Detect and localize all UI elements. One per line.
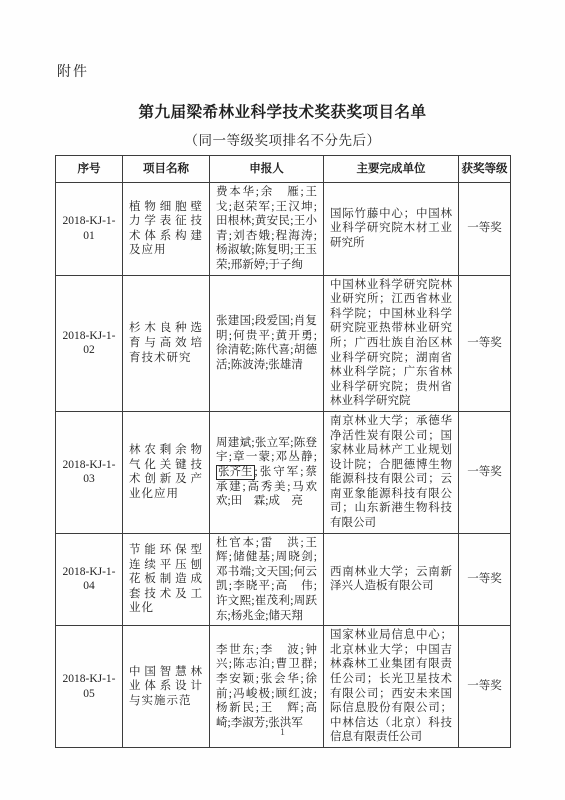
document-title: 第九届梁希林业科学技术奖获奖项目名单 (0, 100, 565, 122)
header-cell-applicants: 申报人 (210, 156, 324, 183)
document-subtitle: （同一等级奖项排名不分先后） (0, 129, 565, 149)
table-row: 2018-KJ-1-04 节能环保型连续平压刨花板制造成套技术及工业化 杜官本;… (56, 533, 511, 626)
table-row: 2018-KJ-1-02 杉木良种选育与高效培育技术研究 张建国;段爱国;肖复明… (56, 275, 511, 411)
units-cell: 南京林业大学；承德华净活性炭有限公司；国家林业局林产工业规划设计院；合肥德博生物… (324, 411, 459, 533)
project-cell: 节能环保型连续平压刨花板制造成套技术及工业化 (123, 533, 210, 626)
boxed-deceased-name: 张齐生 (216, 465, 255, 480)
units-cell: 西南林业大学；云南新泽兴人造板有限公司 (324, 533, 459, 626)
units-cell: 中国林业科学研究院林业研究所；江西省林业科学院；中国林业科学研究院亚热带林业研究… (324, 275, 459, 411)
serial-cell: 2018-KJ-1-04 (56, 533, 123, 626)
header-cell-serial: 序号 (56, 156, 123, 183)
attachment-label: 附件 (57, 61, 89, 81)
applicants-cell: 周建斌;张立军;陈登宇;章一蒙;邓丛静;张齐生;张守军;蔡承建;高秀美;马欢欢;… (210, 411, 324, 533)
table-header-row: 序号 项目名称 申报人 主要完成单位 获奖等级 (56, 156, 511, 183)
project-cell: 林农剩余物气化关键技术创新及产业化应用 (123, 411, 210, 533)
table-row: 2018-KJ-1-01 植物细胞壁力学表征技术体系构建及应用 费本华;余 雁;… (56, 183, 511, 276)
serial-cell: 2018-KJ-1-02 (56, 275, 123, 411)
header-cell-project: 项目名称 (123, 156, 210, 183)
applicants-text: 周建斌;张立军;陈登宇;章一蒙;邓丛静; (216, 437, 317, 464)
serial-cell: 2018-KJ-1-03 (56, 411, 123, 533)
table-row: 2018-KJ-1-03 林农剩余物气化关键技术创新及产业化应用 周建斌;张立军… (56, 411, 511, 533)
header-cell-award: 获奖等级 (459, 156, 511, 183)
award-cell: 一等奖 (459, 183, 511, 276)
units-cell: 国际竹藤中心；中国林业科学研究院木材工业研究所 (324, 183, 459, 276)
header-cell-units: 主要完成单位 (324, 156, 459, 183)
applicants-cell: 张建国;段爱国;肖复明;何贵平;黄开勇;徐清乾;陈代喜;胡德活;陈波涛;张雄清 (210, 275, 324, 411)
serial-cell: 2018-KJ-1-01 (56, 183, 123, 276)
awards-table: 序号 项目名称 申报人 主要完成单位 获奖等级 2018-KJ-1-01 植物细… (55, 155, 511, 748)
award-cell: 一等奖 (459, 533, 511, 626)
applicants-cell: 杜官本;雷 洪;王 辉;储健基;周晓剑;邓书端;文天国;何云凯;李晓平;高 伟;… (210, 533, 324, 626)
document-page: 附件 第九届梁希林业科学技术奖获奖项目名单 （同一等级奖项排名不分先后） 序号 … (0, 0, 565, 800)
page-number: 1 (0, 728, 565, 738)
award-cell: 一等奖 (459, 275, 511, 411)
applicants-cell: 费本华;余 雁;王 戈;赵荣军;王汉坤;田根林;黄安民;王小青;刘杏娥;程海涛;… (210, 183, 324, 276)
project-cell: 植物细胞壁力学表征技术体系构建及应用 (123, 183, 210, 276)
award-cell: 一等奖 (459, 411, 511, 533)
project-cell: 杉木良种选育与高效培育技术研究 (123, 275, 210, 411)
